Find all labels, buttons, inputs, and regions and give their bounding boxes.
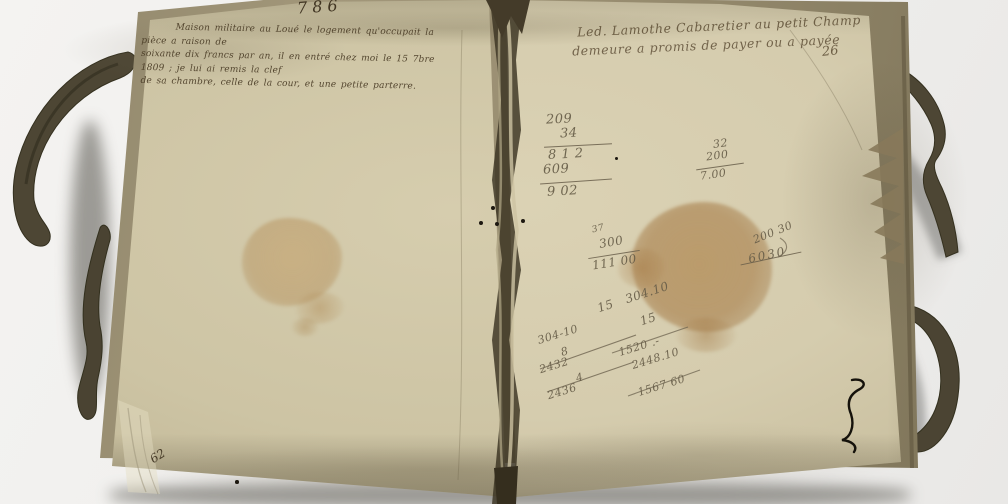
right-header-amount: 26 xyxy=(821,43,839,60)
calc-sum1-row: 609 xyxy=(543,161,570,177)
ledger-entry-text: Maison militaire au Loué le logement qu'… xyxy=(140,21,437,95)
wormhole xyxy=(495,222,499,226)
page-speck xyxy=(235,480,239,484)
backdrop-shadow-left xyxy=(70,120,110,400)
backdrop-shadow-bottom xyxy=(110,482,910,504)
calc-sum1-row: 34 xyxy=(560,126,578,142)
wormhole xyxy=(521,219,525,223)
wormhole xyxy=(479,221,483,225)
left-page-stain-satellite xyxy=(292,318,318,336)
calc-sum1-row: 9 02 xyxy=(547,183,579,200)
photo-of-open-manuscript-ledger: 786 Maison militaire au Loué le logement… xyxy=(0,0,1008,504)
wormhole xyxy=(491,206,495,210)
calc-sum1-row: 8 1 2 xyxy=(548,146,584,163)
right-page-stain-satellite xyxy=(676,318,736,352)
page-speck xyxy=(615,157,618,160)
